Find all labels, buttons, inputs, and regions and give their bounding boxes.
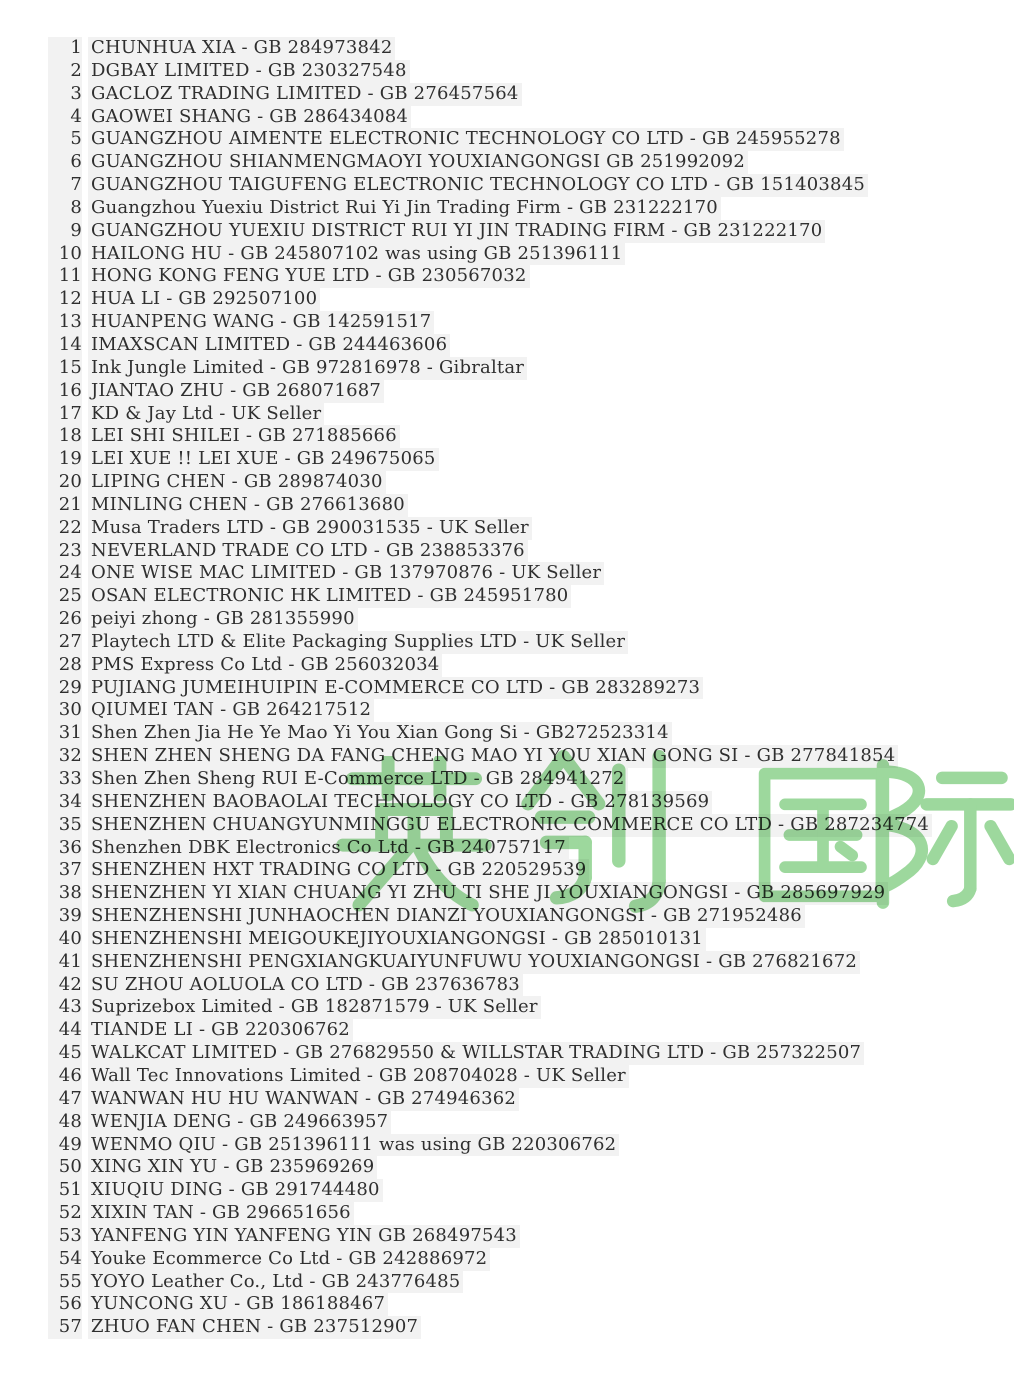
line-number: 14	[48, 334, 82, 357]
line-number: 11	[48, 265, 82, 288]
line-number: 25	[48, 585, 82, 608]
list-item: 3 GACLOZ TRADING LIMITED - GB 276457564	[48, 83, 932, 106]
list-item: 9 GUANGZHOU YUEXIU DISTRICT RUI YI JIN T…	[48, 220, 932, 243]
line-number: 39	[48, 905, 82, 928]
line-number: 27	[48, 631, 82, 654]
list-item: 41 SHENZHENSHI PENGXIANGKUAIYUNFUWU YOUX…	[48, 951, 932, 974]
line-number: 44	[48, 1019, 82, 1042]
line-number: 28	[48, 654, 82, 677]
line-number: 19	[48, 448, 82, 471]
line-text: LEI SHI SHILEI - GB 271885666	[88, 425, 400, 448]
line-number: 46	[48, 1065, 82, 1088]
list-item: 24 ONE WISE MAC LIMITED - GB 137970876 -…	[48, 562, 932, 585]
line-number: 50	[48, 1156, 82, 1179]
line-number: 15	[48, 357, 82, 380]
line-text: Ink Jungle Limited - GB 972816978 - Gibr…	[88, 357, 527, 380]
list-item: 27 Playtech LTD & Elite Packaging Suppli…	[48, 631, 932, 654]
line-number: 36	[48, 837, 82, 860]
list-item: 17 KD & Jay Ltd - UK Seller	[48, 403, 932, 426]
line-number: 2	[48, 60, 82, 83]
line-text: DGBAY LIMITED - GB 230327548	[88, 60, 410, 83]
line-text: TIANDE LI - GB 220306762	[88, 1019, 353, 1042]
list-item: 55 YOYO Leather Co., Ltd - GB 243776485	[48, 1271, 932, 1294]
line-text: ZHUO FAN CHEN - GB 237512907	[88, 1316, 421, 1339]
line-text: LIPING CHEN - GB 289874030	[88, 471, 386, 494]
list-item: 56 YUNCONG XU - GB 186188467	[48, 1293, 932, 1316]
line-text: peiyi zhong - GB 281355990	[88, 608, 358, 631]
line-text: CHUNHUA XIA - GB 284973842	[88, 37, 395, 60]
line-number: 31	[48, 722, 82, 745]
list-item: 8 Guangzhou Yuexiu District Rui Yi Jin T…	[48, 197, 932, 220]
line-text: NEVERLAND TRADE CO LTD - GB 238853376	[88, 540, 528, 563]
line-text: XING XIN YU - GB 235969269	[88, 1156, 377, 1179]
line-number: 26	[48, 608, 82, 631]
list-item: 19 LEI XUE !! LEI XUE - GB 249675065	[48, 448, 932, 471]
line-text: WENMO QIU - GB 251396111 was using GB 22…	[88, 1134, 619, 1157]
line-text: Musa Traders LTD - GB 290031535 - UK Sel…	[88, 517, 532, 540]
line-text: KD & Jay Ltd - UK Seller	[88, 403, 324, 426]
list-item: 37 SHENZHEN HXT TRADING CO LTD - GB 2205…	[48, 859, 932, 882]
line-number: 51	[48, 1179, 82, 1202]
line-number: 20	[48, 471, 82, 494]
list-item: 10 HAILONG HU - GB 245807102 was using G…	[48, 243, 932, 266]
line-text: Shen Zhen Jia He Ye Mao Yi You Xian Gong…	[88, 722, 672, 745]
line-number: 12	[48, 288, 82, 311]
list-item: 39 SHENZHENSHI JUNHAOCHEN DIANZI YOUXIAN…	[48, 905, 932, 928]
list-item: 5 GUANGZHOU AIMENTE ELECTRONIC TECHNOLOG…	[48, 128, 932, 151]
line-text: ONE WISE MAC LIMITED - GB 137970876 - UK…	[88, 562, 604, 585]
line-text: WALKCAT LIMITED - GB 276829550 & WILLSTA…	[88, 1042, 864, 1065]
list-item: 54 Youke Ecommerce Co Ltd - GB 242886972	[48, 1248, 932, 1271]
line-number: 40	[48, 928, 82, 951]
line-text: HUA LI - GB 292507100	[88, 288, 320, 311]
line-text: YANFENG YIN YANFENG YIN GB 268497543	[88, 1225, 520, 1248]
line-text: GACLOZ TRADING LIMITED - GB 276457564	[88, 83, 522, 106]
line-text: SHENZHENSHI PENGXIANGKUAIYUNFUWU YOUXIAN…	[88, 951, 860, 974]
list-item: 29 PUJIANG JUMEIHUIPIN E-COMMERCE CO LTD…	[48, 677, 932, 700]
document-page: 1 CHUNHUA XIA - GB 284973842 2 DGBAY LIM…	[0, 0, 1029, 1386]
list-item: 52 XIXIN TAN - GB 296651656	[48, 1202, 932, 1225]
line-text: LEI XUE !! LEI XUE - GB 249675065	[88, 448, 439, 471]
line-number: 57	[48, 1316, 82, 1339]
list-item: 53 YANFENG YIN YANFENG YIN GB 268497543	[48, 1225, 932, 1248]
watermark-text: 英创国际	[0, 0, 1, 1]
list-item: 32 SHEN ZHEN SHENG DA FANG CHENG MAO YI …	[48, 745, 932, 768]
line-text: MINLING CHEN - GB 276613680	[88, 494, 408, 517]
line-text: XIUQIU DING - GB 291744480	[88, 1179, 383, 1202]
list-item: 49 WENMO QIU - GB 251396111 was using GB…	[48, 1134, 932, 1157]
line-text: PUJIANG JUMEIHUIPIN E-COMMERCE CO LTD - …	[88, 677, 703, 700]
line-text: SHENZHEN BAOBAOLAI TECHNOLOGY CO LTD - G…	[88, 791, 712, 814]
line-text: WANWAN HU HU WANWAN - GB 274946362	[88, 1088, 519, 1111]
list-item: 38 SHENZHEN YI XIAN CHUANG YI ZHU TI SHE…	[48, 882, 932, 905]
list-item: 18 LEI SHI SHILEI - GB 271885666	[48, 425, 932, 448]
list-item: 6 GUANGZHOU SHIANMENGMAOYI YOUXIANGONGSI…	[48, 151, 932, 174]
line-text: GUANGZHOU AIMENTE ELECTRONIC TECHNOLOGY …	[88, 128, 844, 151]
list-item: 14 IMAXSCAN LIMITED - GB 244463606	[48, 334, 932, 357]
line-text: SHENZHEN HXT TRADING CO LTD - GB 2205295…	[88, 859, 589, 882]
line-number: 41	[48, 951, 82, 974]
line-text: YUNCONG XU - GB 186188467	[88, 1293, 388, 1316]
line-number: 45	[48, 1042, 82, 1065]
line-text: HAILONG HU - GB 245807102 was using GB 2…	[88, 243, 625, 266]
line-number: 54	[48, 1248, 82, 1271]
line-text: PMS Express Co Ltd - GB 256032034	[88, 654, 442, 677]
list-item: 47 WANWAN HU HU WANWAN - GB 274946362	[48, 1088, 932, 1111]
line-number: 42	[48, 974, 82, 997]
line-number: 33	[48, 768, 82, 791]
list-item: 31 Shen Zhen Jia He Ye Mao Yi You Xian G…	[48, 722, 932, 745]
line-number: 6	[48, 151, 82, 174]
line-text: Youke Ecommerce Co Ltd - GB 242886972	[88, 1248, 490, 1271]
line-number: 24	[48, 562, 82, 585]
line-number: 22	[48, 517, 82, 540]
line-number: 37	[48, 859, 82, 882]
list-item: 46 Wall Tec Innovations Limited - GB 208…	[48, 1065, 932, 1088]
list-item: 13 HUANPENG WANG - GB 142591517	[48, 311, 932, 334]
list-item: 42 SU ZHOU AOLUOLA CO LTD - GB 237636783	[48, 974, 932, 997]
list-item: 45 WALKCAT LIMITED - GB 276829550 & WILL…	[48, 1042, 932, 1065]
line-number: 18	[48, 425, 82, 448]
list-item: 25 OSAN ELECTRONIC HK LIMITED - GB 24595…	[48, 585, 932, 608]
line-text: SHENZHEN CHUANGYUNMINGGU ELECTRONIC COMM…	[88, 814, 932, 837]
line-text: GAOWEI SHANG - GB 286434084	[88, 106, 411, 129]
list-item: 40 SHENZHENSHI MEIGOUKEJIYOUXIANGONGSI -…	[48, 928, 932, 951]
list-item: 57 ZHUO FAN CHEN - GB 237512907	[48, 1316, 932, 1339]
list-item: 16 JIANTAO ZHU - GB 268071687	[48, 380, 932, 403]
list-item: 21 MINLING CHEN - GB 276613680	[48, 494, 932, 517]
line-text: WENJIA DENG - GB 249663957	[88, 1111, 391, 1134]
line-number: 8	[48, 197, 82, 220]
line-text: Shen Zhen Sheng RUI E-Commerce LTD - GB …	[88, 768, 628, 791]
line-number: 9	[48, 220, 82, 243]
list-item: 15 Ink Jungle Limited - GB 972816978 - G…	[48, 357, 932, 380]
line-number: 4	[48, 106, 82, 129]
line-text: Wall Tec Innovations Limited - GB 208704…	[88, 1065, 629, 1088]
line-text: Playtech LTD & Elite Packaging Supplies …	[88, 631, 628, 654]
line-number: 34	[48, 791, 82, 814]
line-text: SU ZHOU AOLUOLA CO LTD - GB 237636783	[88, 974, 523, 997]
line-text: Suprizebox Limited - GB 182871579 - UK S…	[88, 996, 541, 1019]
line-text: SHENZHENSHI MEIGOUKEJIYOUXIANGONGSI - GB…	[88, 928, 706, 951]
line-number: 29	[48, 677, 82, 700]
line-number: 32	[48, 745, 82, 768]
line-text: HUANPENG WANG - GB 142591517	[88, 311, 434, 334]
line-number: 5	[48, 128, 82, 151]
line-number: 16	[48, 380, 82, 403]
line-text: Shenzhen DBK Electronics Co Ltd - GB 240…	[88, 837, 569, 860]
line-number: 53	[48, 1225, 82, 1248]
line-text: GUANGZHOU TAIGUFENG ELECTRONIC TECHNOLOG…	[88, 174, 868, 197]
list-item: 50 XING XIN YU - GB 235969269	[48, 1156, 932, 1179]
line-number: 3	[48, 83, 82, 106]
line-number: 38	[48, 882, 82, 905]
line-number: 43	[48, 996, 82, 1019]
list-item: 23 NEVERLAND TRADE CO LTD - GB 238853376	[48, 540, 932, 563]
line-number: 49	[48, 1134, 82, 1157]
list-item: 22 Musa Traders LTD - GB 290031535 - UK …	[48, 517, 932, 540]
list-item: 44 TIANDE LI - GB 220306762	[48, 1019, 932, 1042]
line-number: 55	[48, 1271, 82, 1294]
line-text: JIANTAO ZHU - GB 268071687	[88, 380, 384, 403]
line-number: 47	[48, 1088, 82, 1111]
line-number: 23	[48, 540, 82, 563]
line-text: Guangzhou Yuexiu District Rui Yi Jin Tra…	[88, 197, 721, 220]
line-number: 10	[48, 243, 82, 266]
line-text: OSAN ELECTRONIC HK LIMITED - GB 24595178…	[88, 585, 571, 608]
line-text: YOYO Leather Co., Ltd - GB 243776485	[88, 1271, 463, 1294]
line-number: 56	[48, 1293, 82, 1316]
list-item: 28 PMS Express Co Ltd - GB 256032034	[48, 654, 932, 677]
list-item: 20 LIPING CHEN - GB 289874030	[48, 471, 932, 494]
list-item: 48 WENJIA DENG - GB 249663957	[48, 1111, 932, 1134]
list-item: 1 CHUNHUA XIA - GB 284973842	[48, 37, 932, 60]
line-number: 35	[48, 814, 82, 837]
line-number: 30	[48, 699, 82, 722]
list-item: 7 GUANGZHOU TAIGUFENG ELECTRONIC TECHNOL…	[48, 174, 932, 197]
list-item: 33 Shen Zhen Sheng RUI E-Commerce LTD - …	[48, 768, 932, 791]
line-text: XIXIN TAN - GB 296651656	[88, 1202, 354, 1225]
list-item: 43 Suprizebox Limited - GB 182871579 - U…	[48, 996, 932, 1019]
line-text: GUANGZHOU SHIANMENGMAOYI YOUXIANGONGSI G…	[88, 151, 748, 174]
line-number: 13	[48, 311, 82, 334]
line-number: 52	[48, 1202, 82, 1225]
line-text: SHEN ZHEN SHENG DA FANG CHENG MAO YI YOU…	[88, 745, 898, 768]
line-number: 48	[48, 1111, 82, 1134]
seller-list: 1 CHUNHUA XIA - GB 284973842 2 DGBAY LIM…	[48, 37, 932, 1339]
line-text: IMAXSCAN LIMITED - GB 244463606	[88, 334, 450, 357]
line-number: 17	[48, 403, 82, 426]
line-text: SHENZHEN YI XIAN CHUANG YI ZHU TI SHE JI…	[88, 882, 888, 905]
list-item: 34 SHENZHEN BAOBAOLAI TECHNOLOGY CO LTD …	[48, 791, 932, 814]
line-text: QIUMEI TAN - GB 264217512	[88, 699, 374, 722]
line-number: 7	[48, 174, 82, 197]
line-text: SHENZHENSHI JUNHAOCHEN DIANZI YOUXIANGON…	[88, 905, 805, 928]
line-number: 1	[48, 37, 82, 60]
list-item: 36 Shenzhen DBK Electronics Co Ltd - GB …	[48, 837, 932, 860]
list-item: 30 QIUMEI TAN - GB 264217512	[48, 699, 932, 722]
list-item: 35 SHENZHEN CHUANGYUNMINGGU ELECTRONIC C…	[48, 814, 932, 837]
list-item: 4 GAOWEI SHANG - GB 286434084	[48, 106, 932, 129]
line-number: 21	[48, 494, 82, 517]
line-text: GUANGZHOU YUEXIU DISTRICT RUI YI JIN TRA…	[88, 220, 825, 243]
list-item: 51 XIUQIU DING - GB 291744480	[48, 1179, 932, 1202]
list-item: 26 peiyi zhong - GB 281355990	[48, 608, 932, 631]
list-item: 2 DGBAY LIMITED - GB 230327548	[48, 60, 932, 83]
list-item: 11 HONG KONG FENG YUE LTD - GB 230567032	[48, 265, 932, 288]
list-item: 12 HUA LI - GB 292507100	[48, 288, 932, 311]
line-text: HONG KONG FENG YUE LTD - GB 230567032	[88, 265, 530, 288]
